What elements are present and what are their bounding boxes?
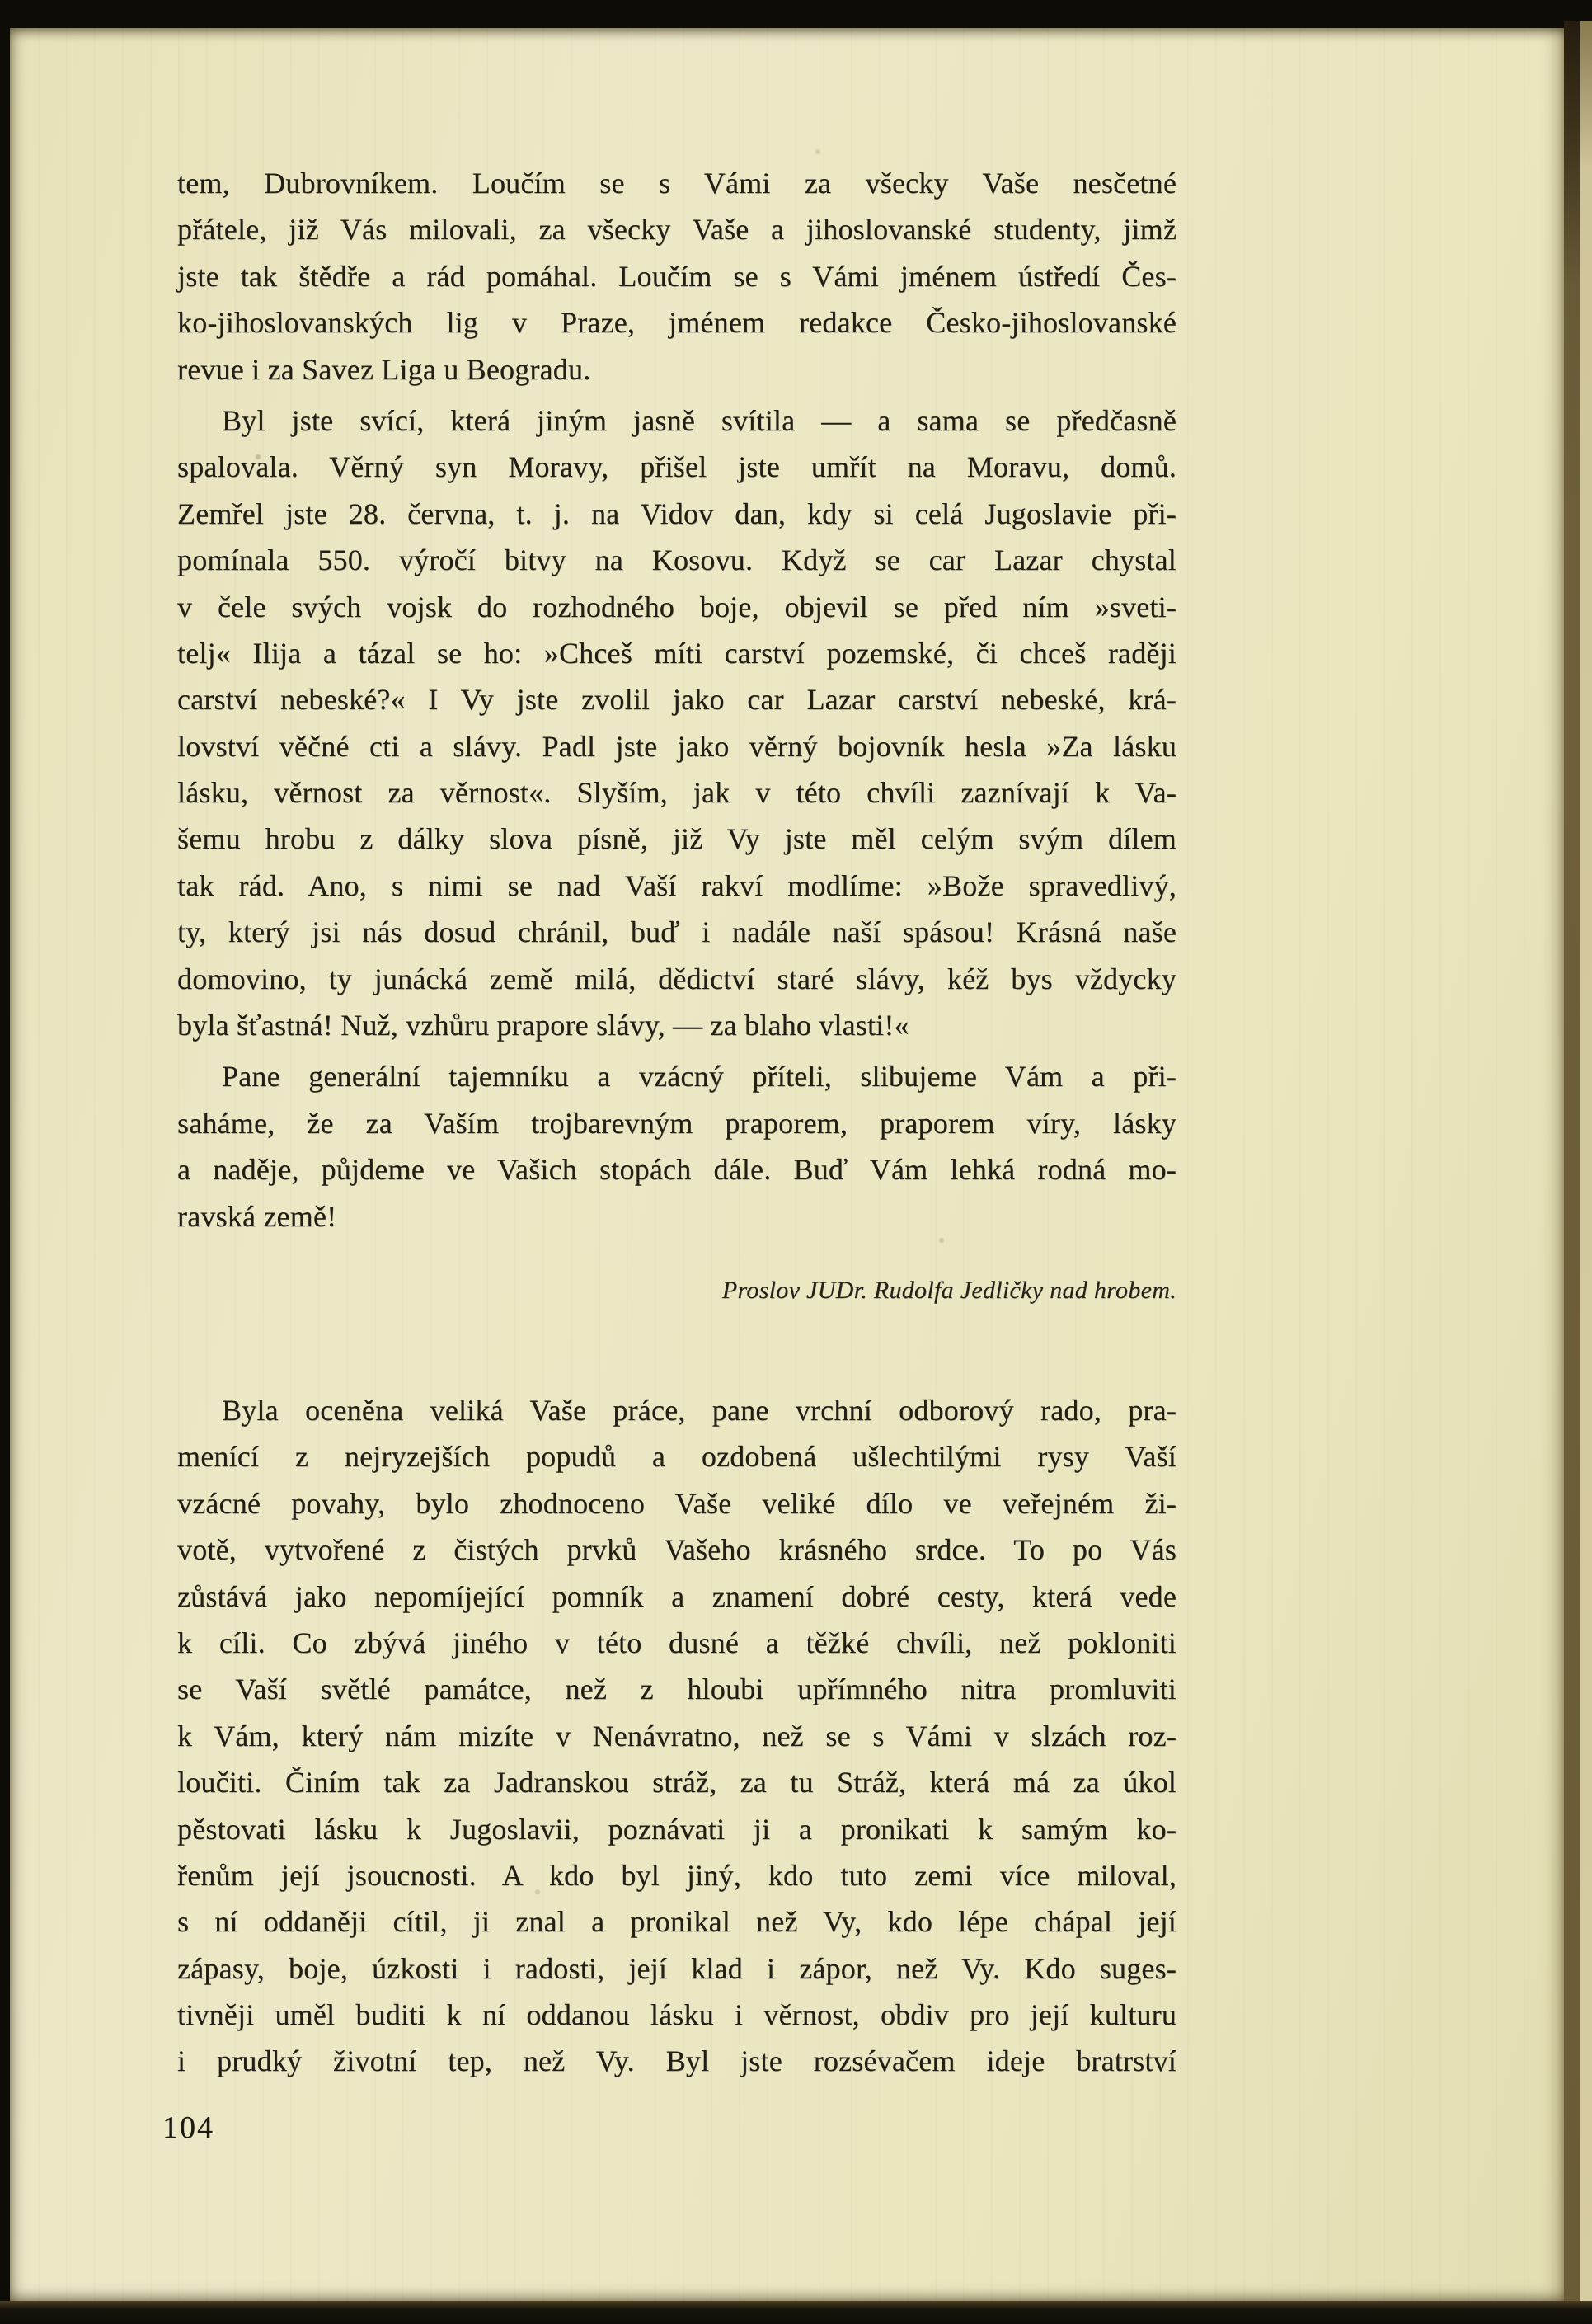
text-line: tivněji uměl buditi k ní oddanou lásku i… <box>177 1992 1176 2038</box>
paragraph: tem, Dubrovníkem. Loučím se s Vámi za vš… <box>177 160 1176 393</box>
paragraph: Byl jste svící, která jiným jasně svítil… <box>177 398 1176 1048</box>
page-paper: tem, Dubrovníkem. Loučím se s Vámi za vš… <box>10 28 1564 2301</box>
text-line: i prudký životní tep, než Vy. Byl jste r… <box>177 2038 1176 2084</box>
text-line: k Vám, který nám mizíte v Nenávratno, ne… <box>177 1713 1176 1759</box>
text-line: tak rád. Ano, s nimi se nad Vaší rakví m… <box>177 863 1176 909</box>
book-gutter-shadow <box>1564 21 1580 2324</box>
text-line: v čele svých vojsk do rozhodného boje, o… <box>177 584 1176 630</box>
text-line: domovino, ty junácká země milá, dědictví… <box>177 956 1176 1002</box>
text-line: lásku, věrnost za věrnost«. Slyším, jak … <box>177 769 1176 816</box>
text-line: řenům její jsoucnosti. A kdo byl jiný, k… <box>177 1852 1176 1898</box>
text-line: carství nebeské?« I Vy jste zvolil jako … <box>177 676 1176 722</box>
text-line: ty, který jsi nás dosud chránil, buď i n… <box>177 909 1176 955</box>
text-line: ravská země! <box>177 1193 1176 1240</box>
text-line: telj« Ilija a tázal se ho: »Chceš míti c… <box>177 630 1176 676</box>
text-line: zápasy, boje, úzkosti i radosti, její kl… <box>177 1945 1176 1992</box>
text-line: přátele, již Vás milovali, za všecky Vaš… <box>177 206 1176 252</box>
scanned-book-page: tem, Dubrovníkem. Loučím se s Vámi za vš… <box>0 0 1592 2324</box>
text-line: Zemřel jste 28. června, t. j. na Vidov d… <box>177 491 1176 537</box>
text-line: lovství věčné cti a slávy. Padl jste jak… <box>177 723 1176 769</box>
scan-bottom-border <box>0 2301 1592 2324</box>
text-line: saháme, že za Vaším trojbarevným prapore… <box>177 1100 1176 1146</box>
attribution-line: Proslov JUDr. Rudolfa Jedličky nad hrobe… <box>177 1277 1176 1305</box>
text-line: vzácné povahy, bylo zhodnoceno Vaše veli… <box>177 1480 1176 1527</box>
text-line: a naděje, půjdeme ve Vašich stopách dále… <box>177 1146 1176 1193</box>
text-line: votě, vytvořené z čistých prvků Vašeho k… <box>177 1527 1176 1573</box>
paragraph: Pane generální tajemníku a vzácný přítel… <box>177 1053 1176 1240</box>
text-line: ko-jihoslovanských lig v Praze, jménem r… <box>177 299 1176 346</box>
text-line: šemu hrobu z dálky slova písně, již Vy j… <box>177 816 1176 862</box>
text-line: byla šťastná! Nuž, vzhůru prapore slávy,… <box>177 1002 1176 1048</box>
text-line: pomínala 550. výročí bitvy na Kosovu. Kd… <box>177 537 1176 583</box>
text-line: Byla oceněna veliká Vaše práce, pane vrc… <box>177 1387 1176 1433</box>
text-line: tem, Dubrovníkem. Loučím se s Vámi za vš… <box>177 160 1176 206</box>
text-line: zůstává jako nepomíjející pomník a zname… <box>177 1574 1176 1620</box>
text-line: spalovala. Věrný syn Moravy, přišel jste… <box>177 444 1176 490</box>
second-text-block: Byla oceněna veliká Vaše práce, pane vrc… <box>177 1387 1176 2085</box>
main-text-block: tem, Dubrovníkem. Loučím se s Vámi za vš… <box>177 160 1176 1240</box>
text-line: revue i za Savez Liga u Beogradu. <box>177 346 1176 393</box>
text-line: menící z nejryzejších popudů a ozdobená … <box>177 1433 1176 1480</box>
page-number: 104 <box>162 2110 214 2146</box>
text-line: k cíli. Co zbývá jiného v této dusné a t… <box>177 1620 1176 1666</box>
text-line: loučiti. Činím tak za Jadranskou stráž, … <box>177 1759 1176 1805</box>
text-line: Pane generální tajemníku a vzácný přítel… <box>177 1053 1176 1099</box>
text-line: Byl jste svící, která jiným jasně svítil… <box>177 398 1176 444</box>
text-line: se Vaší světlé památce, než z hloubi upř… <box>177 1666 1176 1712</box>
paragraph: Byla oceněna veliká Vaše práce, pane vrc… <box>177 1387 1176 2085</box>
text-line: pěstovati lásku k Jugoslavii, poznávati … <box>177 1806 1176 1852</box>
text-line: s ní oddaněji cítil, ji znal a pronikal … <box>177 1898 1176 1945</box>
text-line: jste tak štědře a rád pomáhal. Loučím se… <box>177 253 1176 299</box>
adjacent-page-edge <box>1580 21 1592 2324</box>
